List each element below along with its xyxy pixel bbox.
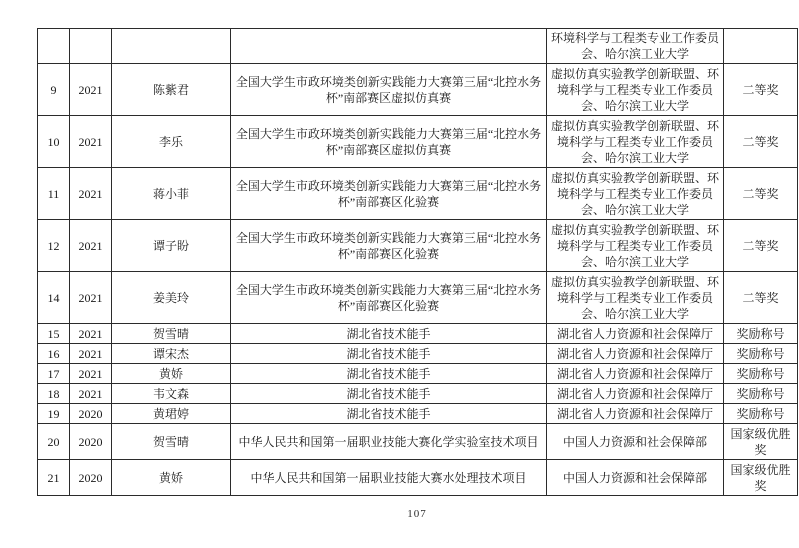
- cell-year: 2021: [70, 364, 112, 384]
- table-row: 15 2021 贺雪晴 湖北省技术能手 湖北省人力资源和社会保障厅 奖励称号: [38, 324, 798, 344]
- table-row: 16 2021 谭宋杰 湖北省技术能手 湖北省人力资源和社会保障厅 奖励称号: [38, 344, 798, 364]
- cell-competition: 全国大学生市政环境类创新实践能力大赛第三届“北控水务杯”南部赛区化验赛: [231, 168, 547, 220]
- cell-no: 19: [38, 404, 70, 424]
- cell-award: 奖励称号: [724, 364, 798, 384]
- table-row: 19 2020 黄珺婷 湖北省技术能手 湖北省人力资源和社会保障厅 奖励称号: [38, 404, 798, 424]
- cell-award: 二等奖: [724, 116, 798, 168]
- cell-year: 2021: [70, 64, 112, 116]
- cell-organizer: 湖北省人力资源和社会保障厅: [547, 404, 724, 424]
- cell-organizer: 虚拟仿真实验教学创新联盟、环境科学与工程类专业工作委员会、哈尔滨工业大学: [547, 116, 724, 168]
- cell-organizer: 湖北省人力资源和社会保障厅: [547, 364, 724, 384]
- cell-no: 17: [38, 364, 70, 384]
- cell-no: 21: [38, 460, 70, 496]
- cell-award: [724, 29, 798, 64]
- table-row: 10 2021 李乐 全国大学生市政环境类创新实践能力大赛第三届“北控水务杯”南…: [38, 116, 798, 168]
- cell-name: 韦文森: [112, 384, 231, 404]
- cell-name: 黄珺婷: [112, 404, 231, 424]
- table-row: 17 2021 黄娇 湖北省技术能手 湖北省人力资源和社会保障厅 奖励称号: [38, 364, 798, 384]
- cell-no: 14: [38, 272, 70, 324]
- cell-name: 贺雪晴: [112, 324, 231, 344]
- cell-award: 二等奖: [724, 64, 798, 116]
- document-page: 环境科学与工程类专业工作委员会、哈尔滨工业大学 9 2021 陈紫君 全国大学生…: [0, 0, 799, 548]
- awards-table: 环境科学与工程类专业工作委员会、哈尔滨工业大学 9 2021 陈紫君 全国大学生…: [37, 28, 798, 496]
- cell-year: 2021: [70, 220, 112, 272]
- cell-no: 18: [38, 384, 70, 404]
- table-row: 9 2021 陈紫君 全国大学生市政环境类创新实践能力大赛第三届“北控水务杯”南…: [38, 64, 798, 116]
- cell-award: 国家级优胜奖: [724, 424, 798, 460]
- cell-competition: 中华人民共和国第一届职业技能大赛水处理技术项目: [231, 460, 547, 496]
- cell-organizer: 中国人力资源和社会保障部: [547, 460, 724, 496]
- cell-no: 12: [38, 220, 70, 272]
- cell-organizer: 湖北省人力资源和社会保障厅: [547, 324, 724, 344]
- cell-no: 10: [38, 116, 70, 168]
- cell-year: 2020: [70, 424, 112, 460]
- cell-year: [70, 29, 112, 64]
- cell-no: 9: [38, 64, 70, 116]
- cell-competition: 全国大学生市政环境类创新实践能力大赛第三届“北控水务杯”南部赛区虚拟仿真赛: [231, 64, 547, 116]
- cell-competition: [231, 29, 547, 64]
- table-row: 20 2020 贺雪晴 中华人民共和国第一届职业技能大赛化学实验室技术项目 中国…: [38, 424, 798, 460]
- cell-no: 11: [38, 168, 70, 220]
- table-row: 21 2020 黄娇 中华人民共和国第一届职业技能大赛水处理技术项目 中国人力资…: [38, 460, 798, 496]
- cell-competition: 湖北省技术能手: [231, 364, 547, 384]
- table-row-continuation: 环境科学与工程类专业工作委员会、哈尔滨工业大学: [38, 29, 798, 64]
- cell-name: 黄娇: [112, 460, 231, 496]
- cell-competition: 湖北省技术能手: [231, 384, 547, 404]
- cell-no: [38, 29, 70, 64]
- cell-award: 奖励称号: [724, 344, 798, 364]
- cell-competition: 湖北省技术能手: [231, 324, 547, 344]
- cell-name: 李乐: [112, 116, 231, 168]
- cell-no: 16: [38, 344, 70, 364]
- cell-no: 15: [38, 324, 70, 344]
- cell-year: 2021: [70, 116, 112, 168]
- cell-name: 陈紫君: [112, 64, 231, 116]
- cell-no: 20: [38, 424, 70, 460]
- cell-award: 奖励称号: [724, 404, 798, 424]
- cell-name: 姜美玲: [112, 272, 231, 324]
- cell-year: 2021: [70, 168, 112, 220]
- table-row: 14 2021 姜美玲 全国大学生市政环境类创新实践能力大赛第三届“北控水务杯”…: [38, 272, 798, 324]
- cell-year: 2021: [70, 324, 112, 344]
- cell-competition: 全国大学生市政环境类创新实践能力大赛第三届“北控水务杯”南部赛区化验赛: [231, 272, 547, 324]
- table-row: 11 2021 蒋小菲 全国大学生市政环境类创新实践能力大赛第三届“北控水务杯”…: [38, 168, 798, 220]
- cell-name: [112, 29, 231, 64]
- cell-competition: 湖北省技术能手: [231, 404, 547, 424]
- cell-year: 2021: [70, 272, 112, 324]
- cell-organizer: 虚拟仿真实验教学创新联盟、环境科学与工程类专业工作委员会、哈尔滨工业大学: [547, 64, 724, 116]
- cell-year: 2020: [70, 460, 112, 496]
- cell-year: 2021: [70, 344, 112, 364]
- cell-award: 奖励称号: [724, 324, 798, 344]
- cell-name: 谭宋杰: [112, 344, 231, 364]
- cell-organizer: 湖北省人力资源和社会保障厅: [547, 344, 724, 364]
- cell-competition: 全国大学生市政环境类创新实践能力大赛第三届“北控水务杯”南部赛区化验赛: [231, 220, 547, 272]
- table-row: 18 2021 韦文森 湖北省技术能手 湖北省人力资源和社会保障厅 奖励称号: [38, 384, 798, 404]
- cell-name: 贺雪晴: [112, 424, 231, 460]
- cell-award: 二等奖: [724, 168, 798, 220]
- cell-award: 国家级优胜奖: [724, 460, 798, 496]
- cell-competition: 湖北省技术能手: [231, 344, 547, 364]
- cell-organizer: 虚拟仿真实验教学创新联盟、环境科学与工程类专业工作委员会、哈尔滨工业大学: [547, 168, 724, 220]
- cell-organizer: 虚拟仿真实验教学创新联盟、环境科学与工程类专业工作委员会、哈尔滨工业大学: [547, 220, 724, 272]
- cell-award: 二等奖: [724, 272, 798, 324]
- table-row: 12 2021 谭子盼 全国大学生市政环境类创新实践能力大赛第三届“北控水务杯”…: [38, 220, 798, 272]
- cell-award: 二等奖: [724, 220, 798, 272]
- cell-name: 谭子盼: [112, 220, 231, 272]
- cell-organizer: 湖北省人力资源和社会保障厅: [547, 384, 724, 404]
- page-number: 107: [37, 508, 797, 520]
- cell-organizer: 环境科学与工程类专业工作委员会、哈尔滨工业大学: [547, 29, 724, 64]
- cell-year: 2020: [70, 404, 112, 424]
- cell-competition: 全国大学生市政环境类创新实践能力大赛第三届“北控水务杯”南部赛区虚拟仿真赛: [231, 116, 547, 168]
- cell-competition: 中华人民共和国第一届职业技能大赛化学实验室技术项目: [231, 424, 547, 460]
- cell-year: 2021: [70, 384, 112, 404]
- cell-name: 蒋小菲: [112, 168, 231, 220]
- cell-organizer: 中国人力资源和社会保障部: [547, 424, 724, 460]
- cell-name: 黄娇: [112, 364, 231, 384]
- cell-organizer: 虚拟仿真实验教学创新联盟、环境科学与工程类专业工作委员会、哈尔滨工业大学: [547, 272, 724, 324]
- cell-award: 奖励称号: [724, 384, 798, 404]
